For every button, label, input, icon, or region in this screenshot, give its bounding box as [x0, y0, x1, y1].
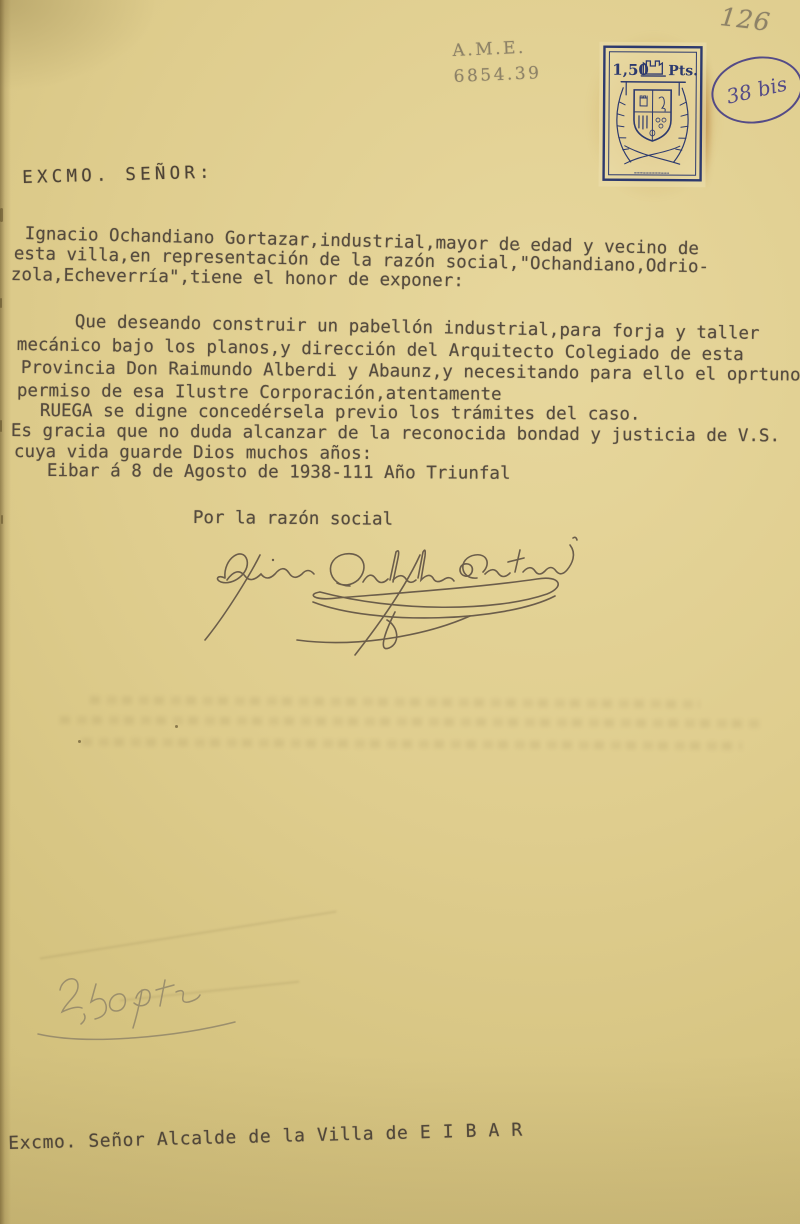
- archive-code: A.M.E.: [452, 34, 541, 64]
- edge-mark: [0, 208, 3, 222]
- show-through-text: [60, 716, 760, 728]
- page-number-pencil: 126: [718, 2, 772, 37]
- salutation: EXCMO. SEÑOR:: [22, 163, 214, 188]
- archive-reference-pencil: A.M.E. 6854.39: [452, 34, 542, 90]
- closing-line: Por la razón social: [193, 508, 393, 530]
- paper-speck: [78, 740, 81, 743]
- archive-number: 6854.39: [453, 60, 542, 90]
- paper-speck: [175, 725, 178, 728]
- edge-mark: [0, 298, 2, 308]
- paper-speck: [518, 247, 520, 249]
- page-left-edge: [0, 0, 11, 1224]
- folio-note: 38 bis: [724, 71, 789, 108]
- show-through-text: [82, 738, 742, 750]
- body-line: Eibar á 8 de Agosto de 1938-111 Año Triu…: [47, 461, 511, 484]
- stamp-currency: Pts.: [668, 63, 698, 79]
- signature: [165, 528, 585, 663]
- scanned-letter-page: 126 A.M.E. 6854.39 1,50 Pts.: [0, 0, 800, 1224]
- edge-mark: [1, 515, 3, 524]
- price-note-scrawl: [30, 950, 245, 1050]
- fiscal-stamp: 1,50 Pts.: [598, 42, 706, 192]
- corner-shading: [0, 0, 280, 130]
- fiscal-stamp-art: 1,50 Pts.: [599, 42, 707, 188]
- show-through-text: [90, 696, 700, 708]
- edge-mark: [0, 420, 2, 432]
